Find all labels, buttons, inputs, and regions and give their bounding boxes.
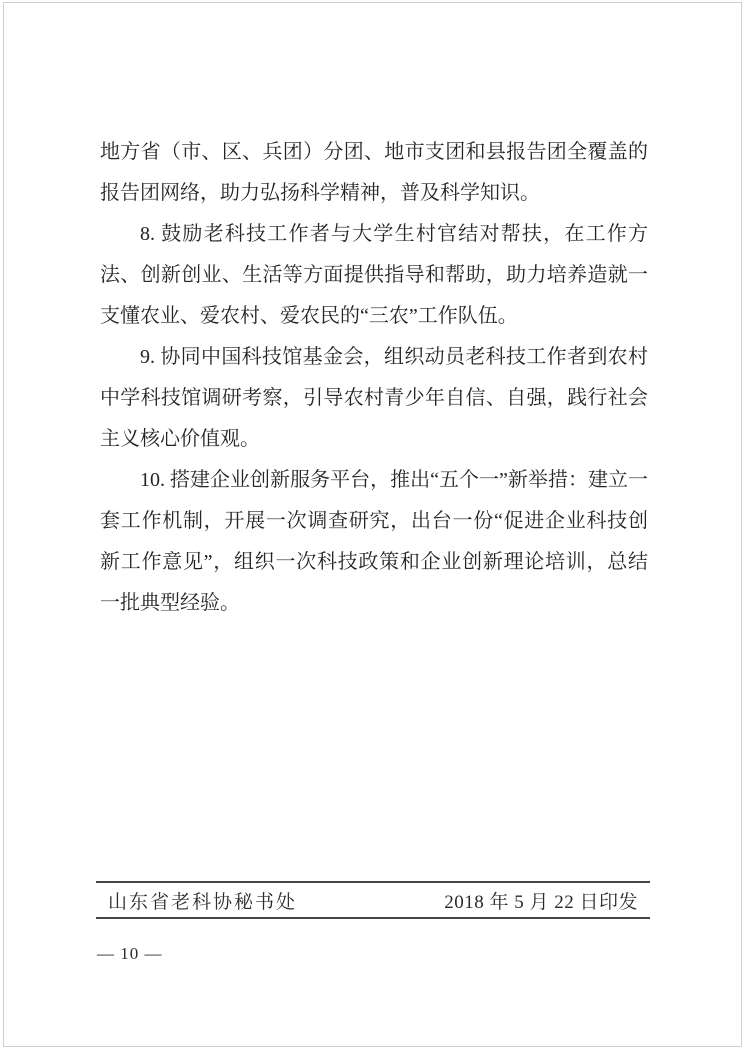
issuer-name: 山东省老科协秘书处 — [108, 887, 297, 914]
page-number: — 10 — — [97, 944, 163, 964]
paragraph: 地方省（市、区、兵团）分团、地市支团和县报告团全覆盖的报告团网络，助力弘扬科学精… — [100, 132, 648, 214]
print-date: 2018 年 5 月 22 日印发 — [444, 887, 638, 914]
document-body: 地方省（市、区、兵团）分团、地市支团和县报告团全覆盖的报告团网络，助力弘扬科学精… — [100, 132, 648, 624]
paragraph: 10. 搭建企业创新服务平台，推出“五个一”新举措：建立一套工作机制，开展一次调… — [100, 460, 648, 624]
paragraph: 9. 协同中国科技馆基金会，组织动员老科技工作者到农村中学科技馆调研考察，引导农… — [100, 337, 648, 460]
document-page: 地方省（市、区、兵团）分团、地市支团和县报告团全覆盖的报告团网络，助力弘扬科学精… — [0, 0, 745, 1050]
document-footer: 山东省老科协秘书处 2018 年 5 月 22 日印发 — [96, 881, 650, 919]
paragraph: 8. 鼓励老科技工作者与大学生村官结对帮扶，在工作方法、创新创业、生活等方面提供… — [100, 214, 648, 337]
